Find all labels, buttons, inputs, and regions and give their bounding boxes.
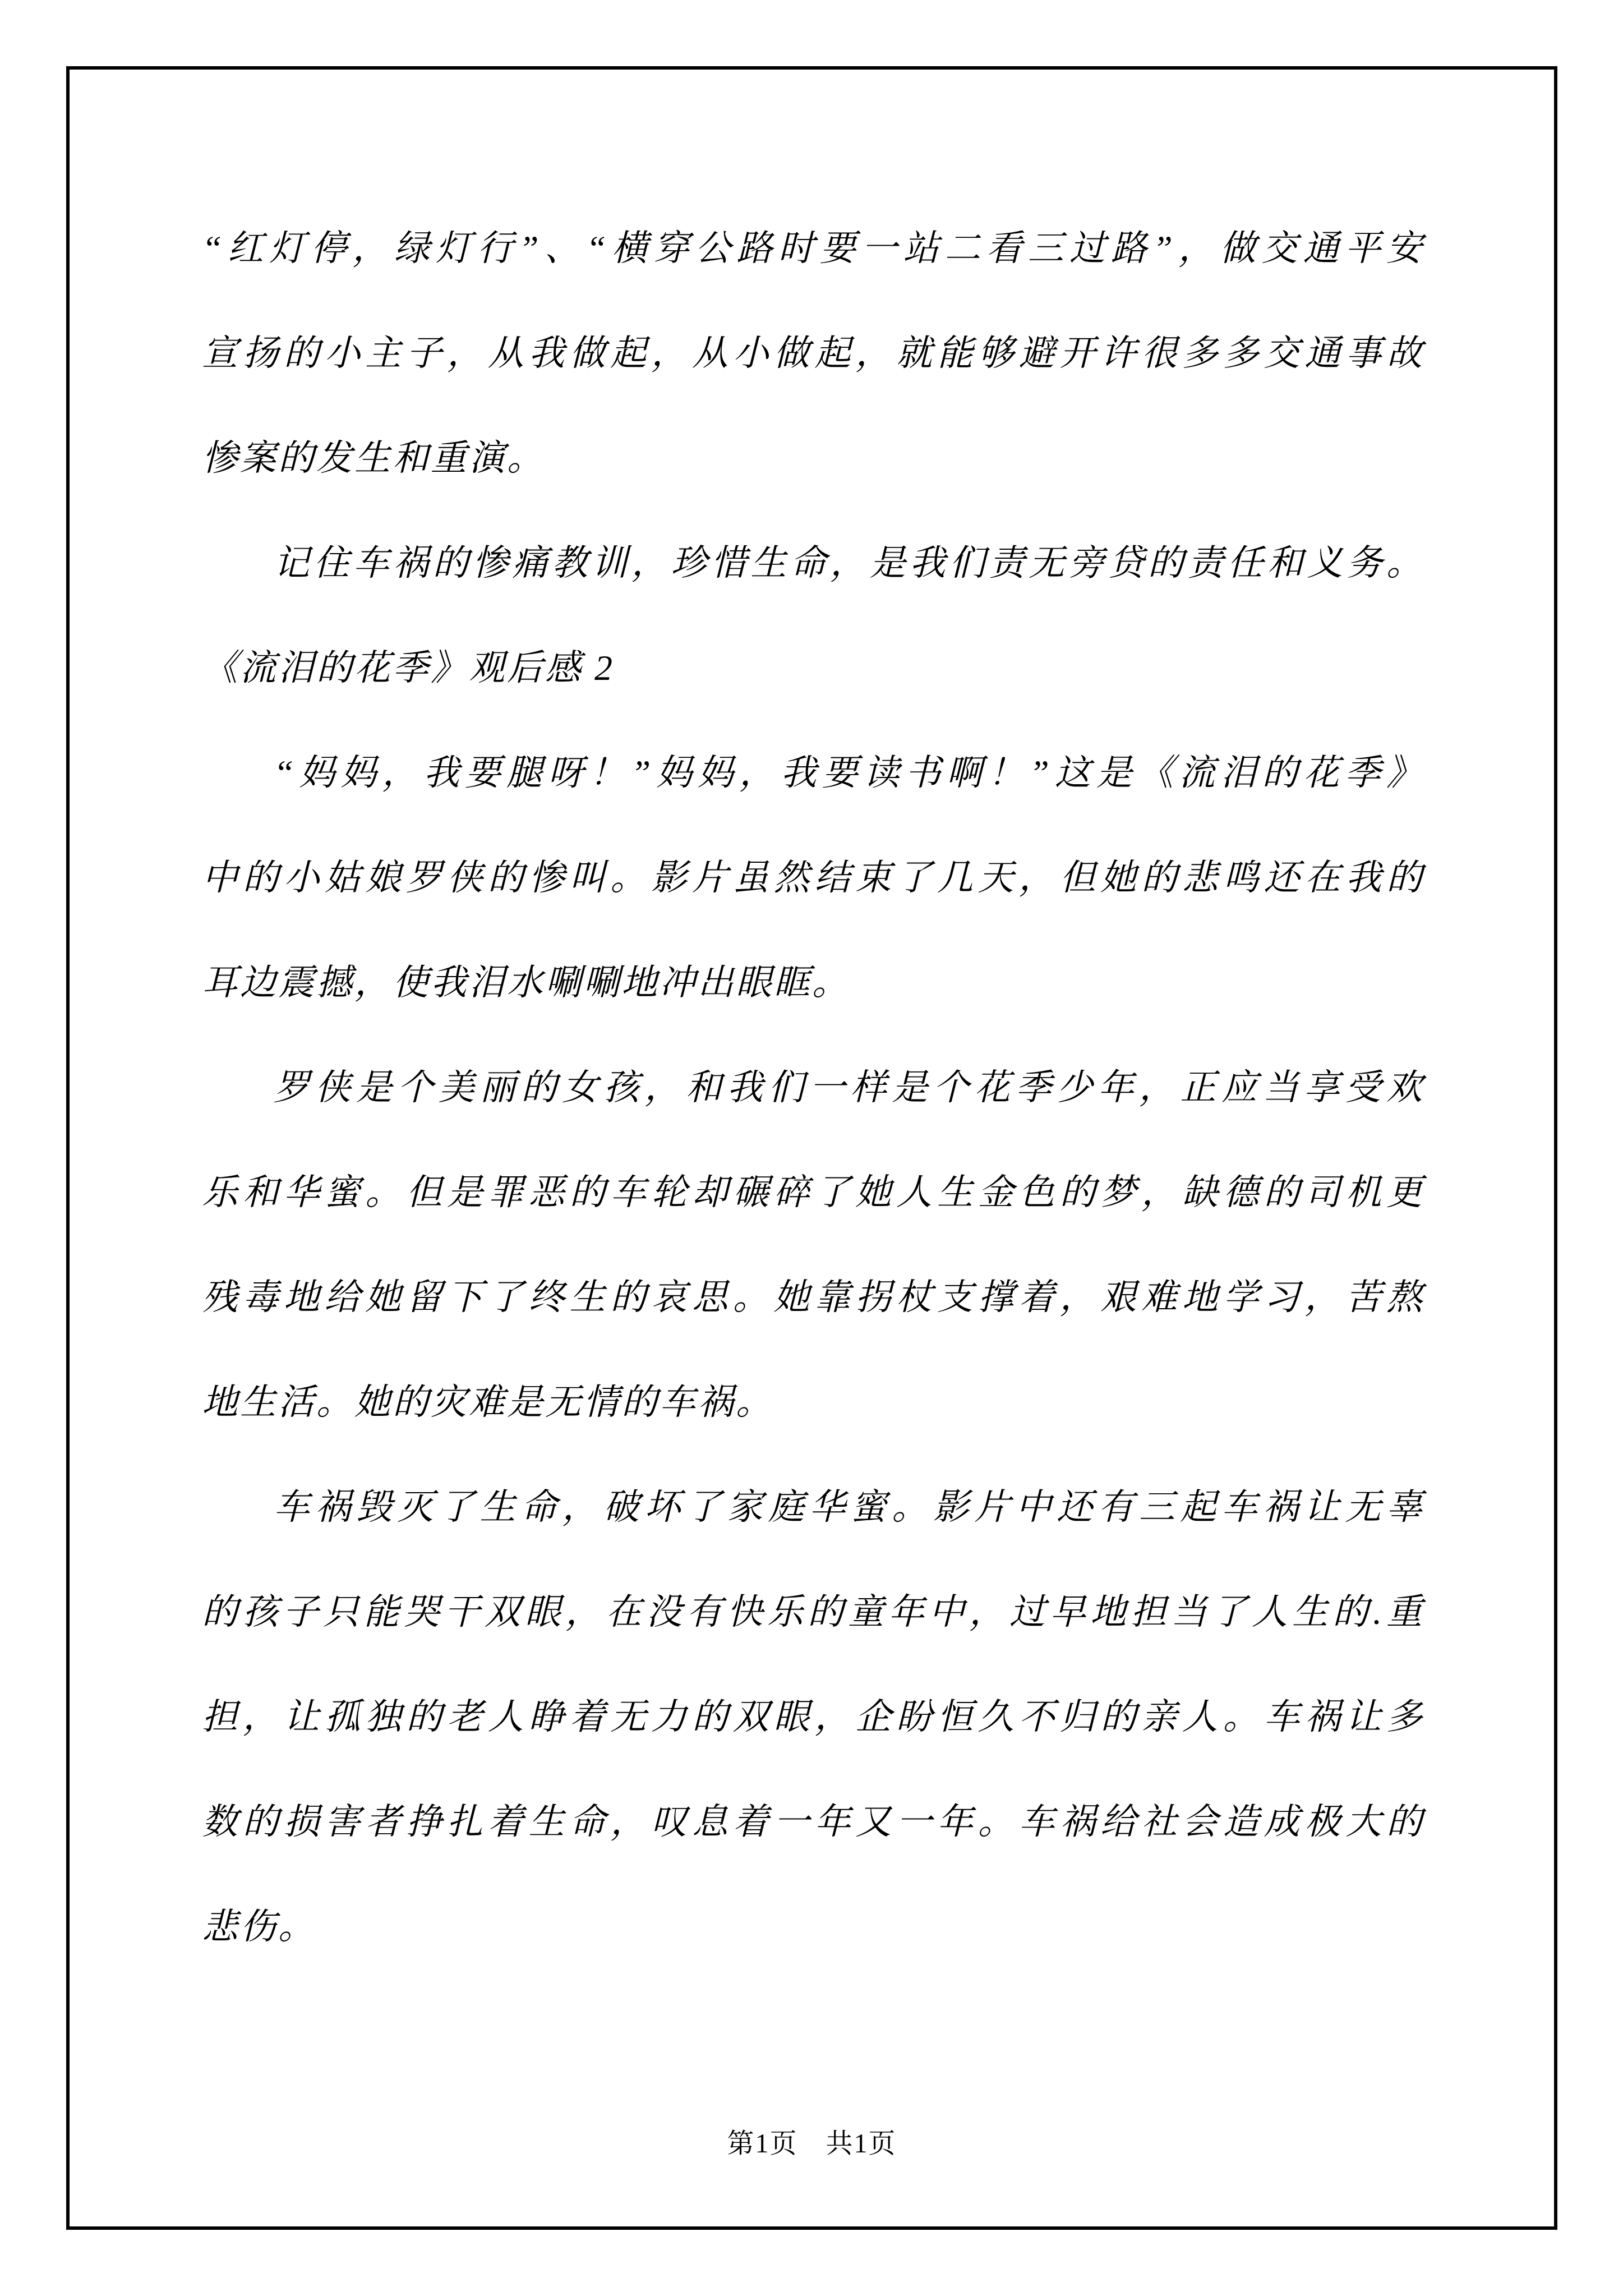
text-line: 悲伤。	[202, 1874, 1424, 1979]
text-line: 残毒地给她留下了终生的哀思。她靠拐杖支撑着，艰难地学习，苦熬	[202, 1245, 1424, 1350]
text-line: 地生活。她的灾难是无情的车祸。	[202, 1350, 1424, 1455]
text-line: 的孩子只能哭干双眼，在没有快乐的童年中，过早地担当了人生的.重	[202, 1559, 1424, 1664]
text-line: “妈妈，我要腿呀！”妈妈，我要读书啊！”这是《流泪的花季》	[202, 720, 1424, 825]
text-line: “红灯停，绿灯行”、“横穿公路时要一站二看三过路”，做交通平安	[202, 196, 1424, 301]
text-line: 耳边震撼，使我泪水唰唰地冲出眼眶。	[202, 930, 1424, 1035]
text-line: 担，让孤独的老人睁着无力的双眼，企盼恒久不归的亲人。车祸让多	[202, 1664, 1424, 1769]
section-heading: 《流泪的花季》观后感 2	[202, 615, 1424, 720]
text-line: 中的小姑娘罗侠的惨叫。影片虽然结束了几天，但她的悲鸣还在我的	[202, 825, 1424, 930]
text-line: 乐和华蜜。但是罪恶的车轮却碾碎了她人生金色的梦，缺德的司机更	[202, 1140, 1424, 1245]
page-footer: 第1页 共1页	[70, 2127, 1554, 2161]
text-line: 记住车祸的惨痛教训，珍惜生命，是我们责无旁贷的责任和义务。	[202, 510, 1424, 615]
text-line: 宣扬的小主子，从我做起，从小做起，就能够避开许很多多交通事故	[202, 301, 1424, 406]
page-border: “红灯停，绿灯行”、“横穿公路时要一站二看三过路”，做交通平安 宣扬的小主子，从…	[66, 66, 1557, 2230]
text-line: 罗侠是个美丽的女孩，和我们一样是个花季少年，正应当享受欢	[202, 1035, 1424, 1140]
text-line: 数的损害者挣扎着生命，叹息着一年又一年。车祸给社会造成极大的	[202, 1769, 1424, 1874]
essay-body: “红灯停，绿灯行”、“横穿公路时要一站二看三过路”，做交通平安 宣扬的小主子，从…	[202, 196, 1424, 1979]
text-line: 车祸毁灭了生命，破坏了家庭华蜜。影片中还有三起车祸让无辜	[202, 1455, 1424, 1559]
text-line: 惨案的发生和重演。	[202, 406, 1424, 510]
